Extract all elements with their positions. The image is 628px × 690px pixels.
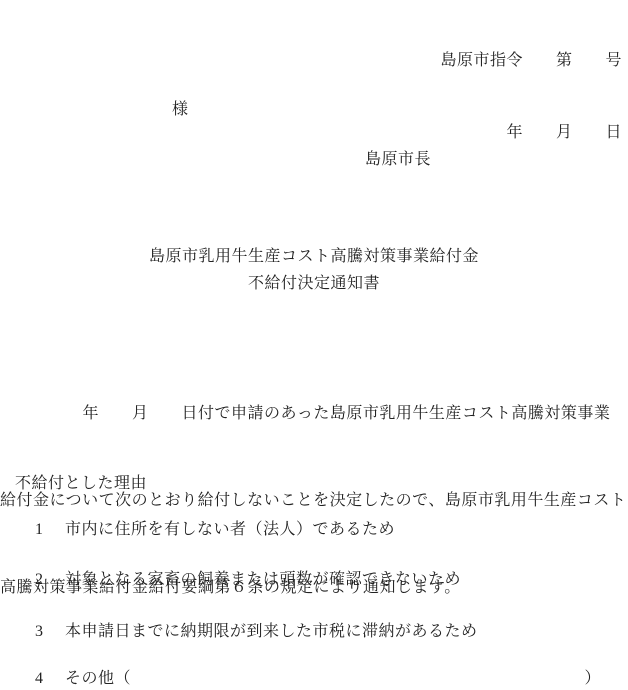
reason-number: 4 — [35, 669, 65, 689]
reason-number: 1 — [35, 520, 65, 540]
reason-number: 2 — [35, 570, 65, 590]
addressee-honorific: 様 — [172, 96, 189, 119]
sender-name: 島原市長 — [365, 146, 431, 169]
document-title-line2: 不給付決定通知書 — [0, 270, 628, 297]
reason-text: 対象となる家畜の飼養または頭数が確認できないため — [65, 570, 461, 590]
document-page: 島原市指令 第 号 年 月 日 様 島原市長 島原市乳用牛生産コスト高騰対策事業… — [0, 0, 628, 690]
reason-item-3: 3 本申請日までに納期限が到来した市税に滞納があるため — [35, 622, 601, 642]
body-line-1: 年 月 日付で申請のあった島原市乳用牛生産コスト高騰対策事業 — [0, 399, 628, 428]
reason-text: 本申請日までに納期限が到来した市税に滞納があるため — [65, 622, 478, 642]
reason-item-4: 4 その他（ ） — [35, 669, 601, 689]
reason-text: その他（ — [65, 669, 131, 689]
issue-date-line: 年 月 日 — [440, 121, 622, 145]
reason-number: 3 — [35, 622, 65, 642]
reason-text: 市内に住所を有しない者（法人）であるため — [65, 520, 395, 540]
reasons-heading: 不給付とした理由 — [15, 470, 147, 493]
document-header: 島原市指令 第 号 年 月 日 — [440, 1, 622, 193]
body-paragraph: 年 月 日付で申請のあった島原市乳用牛生産コスト高騰対策事業 給付金について次の… — [0, 341, 628, 660]
reason-item-1: 1 市内に住所を有しない者（法人）であるため — [35, 520, 601, 540]
closing-paren: ） — [584, 669, 601, 689]
directive-number-line: 島原市指令 第 号 — [440, 49, 622, 73]
document-title: 島原市乳用牛生産コスト高騰対策事業給付金 不給付決定通知書 — [0, 243, 628, 297]
reason-item-2: 2 対象となる家畜の飼養または頭数が確認できないため — [35, 570, 601, 590]
document-title-line1: 島原市乳用牛生産コスト高騰対策事業給付金 — [0, 243, 628, 270]
